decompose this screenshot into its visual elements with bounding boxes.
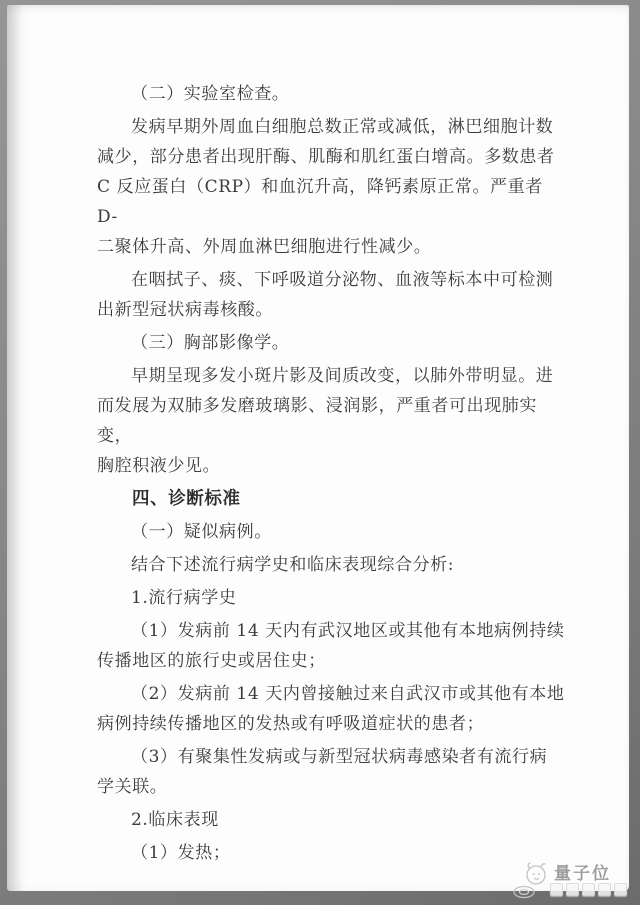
- paragraph-comprehensive-analysis: 结合下述流行病学史和临床表现综合分析:: [97, 550, 565, 580]
- list-item-fever: （1）发热；: [97, 838, 565, 868]
- document-page: （二）实验室检查。 发病早期外周血白细胞总数正常或减低，淋巴细胞计数 减少，部分…: [7, 5, 629, 891]
- photo-background: （二）实验室检查。 发病早期外周血白细胞总数正常或减低，淋巴细胞计数 减少，部分…: [0, 0, 640, 905]
- document-content: （二）实验室检查。 发病早期外周血白细胞总数正常或减低，淋巴细胞计数 减少，部分…: [97, 79, 565, 871]
- paragraph-blood-test-findings: 发病早期外周血白细胞总数正常或减低，淋巴细胞计数 减少，部分患者出现肝酶、肌酶和…: [97, 112, 565, 262]
- watermark-brand-text: 量子位: [554, 859, 611, 884]
- list-heading-epidemiological-history: 1.流行病学史: [97, 583, 565, 613]
- page-left-shadow: [7, 5, 23, 891]
- paragraph-imaging-findings: 早期呈现多发小斑片影及间质改变，以肺外带明显。进 而发展为双肺多发磨玻璃影、浸润…: [97, 361, 565, 481]
- watermark: 量子位: [510, 857, 636, 903]
- paragraph-nucleic-acid-detection: 在咽拭子、痰、下呼吸道分泌物、血液等标本中可检测 出新型冠状病毒核酸。: [97, 265, 565, 325]
- list-item-contact-history: （2）发病前 14 天内曾接触过来自武汉市或其他有本地 病例持续传播地区的发热或…: [97, 679, 565, 739]
- section-heading-diagnostic-criteria: 四、诊断标准: [97, 484, 565, 514]
- subsection-heading-chest-imaging: （三）胸部影像学。: [97, 328, 565, 358]
- subsection-heading-suspected-case: （一）疑似病例。: [97, 517, 565, 547]
- list-heading-clinical-manifestations: 2.临床表现: [97, 805, 565, 835]
- list-item-travel-residence-history: （1）发病前 14 天内有武汉地区或其他有本地病例持续 传播地区的旅行史或居住史…: [97, 616, 565, 676]
- list-item-cluster-outbreak: （3）有聚集性发病或与新型冠状病毒感染者有流行病 学关联。: [97, 742, 565, 802]
- qbitai-mascot-icon: [510, 860, 552, 900]
- subsection-heading-laboratory-tests: （二）实验室检查。: [97, 79, 565, 109]
- watermark-embossed-subtext: [550, 883, 627, 896]
